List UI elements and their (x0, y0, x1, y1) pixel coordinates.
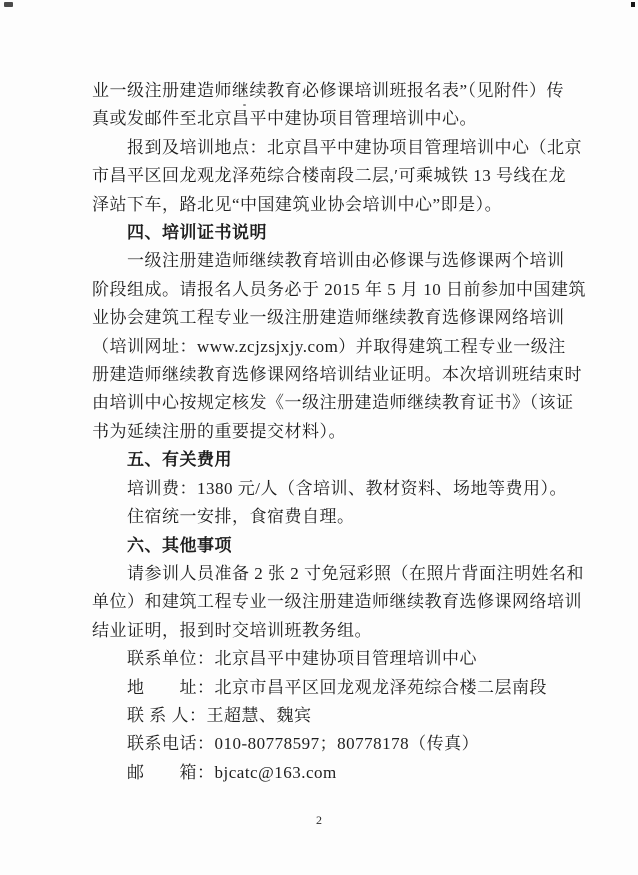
scan-artifact-top-right (631, 2, 635, 7)
document-text-block: 业一级注册建造师继续教育必修课培训班报名表”（见附件）传真或发邮件至北京昌平中建… (92, 77, 558, 787)
text-line: 一级注册建造师继续教育培训由必修课与选修课两个培训 (92, 247, 558, 275)
text-line: 阶段组成。请报名人员务必于 2015 年 5 月 10 日前参加中国建筑 (92, 276, 558, 304)
text-line: 邮 箱：bjcatc@163.com (92, 759, 558, 787)
text-line: 报到及培训地点：北京昌平中建协项目管理培训中心（北京 (92, 134, 558, 162)
section-heading: 四、培训证书说明 (92, 219, 558, 247)
text-line: 真或发邮件至北京昌平中建协项目管理培训中心。 (92, 105, 558, 133)
text-line: 册建造师继续教育选修课网络培训结业证明。本次培训班结束时 (92, 361, 558, 389)
text-line: 培训费：1380 元/人（含培训、教材资料、场地等费用）。 (92, 475, 558, 503)
text-line: 住宿统一安排，食宿费自理。 (92, 503, 558, 531)
text-line: 联系电话：010-80778597；80778178（传真） (92, 730, 558, 758)
text-line: 业协会建筑工程专业一级注册建造师继续教育选修课网络培训 (92, 304, 558, 332)
text-line: 单位）和建筑工程专业一级注册建造师继续教育选修课网络培训 (92, 588, 558, 616)
section-heading: 六、其他事项 (92, 532, 558, 560)
text-line: 市昌平区回龙观龙泽苑综合楼南段二层,′可乘城铁 13 号线在龙 (92, 162, 558, 190)
text-line: 书为延续注册的重要提交材料）。 (92, 418, 558, 446)
text-line: 联系单位：北京昌平中建协项目管理培训中心 (92, 645, 558, 673)
scanned-document-page: 业一级注册建造师继续教育必修课培训班报名表”（见附件）传真或发邮件至北京昌平中建… (0, 0, 638, 875)
text-line: （培训网址：www.zcjzsjxjy.com）并取得建筑工程专业一级注 (92, 333, 558, 361)
text-line: 业一级注册建造师继续教育必修课培训班报名表”（见附件）传 (92, 77, 558, 105)
scan-artifact-top-left (4, 2, 13, 7)
text-line: 泽站下车，路北见“中国建筑业协会培训中心”即是）。 (92, 191, 558, 219)
section-heading: 五、有关费用 (92, 446, 558, 474)
text-line: 地 址：北京市昌平区回龙观龙泽苑综合楼二层南段 (92, 674, 558, 702)
text-line: 联 系 人：王超慧、魏宾 (92, 702, 558, 730)
page-number: 2 (0, 813, 638, 828)
text-line: 请参训人员准备 2 张 2 寸免冠彩照（在照片背面注明姓名和 (92, 560, 558, 588)
text-line: 结业证明，报到时交培训班教务组。 (92, 617, 558, 645)
text-line: 由培训中心按规定核发《一级注册建造师继续教育证书》（该证 (92, 389, 558, 417)
